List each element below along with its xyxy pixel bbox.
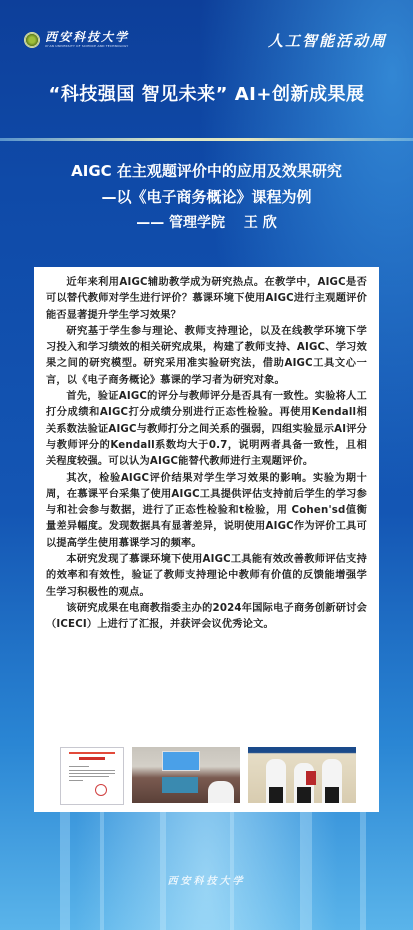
paragraph-intro: 近年来利用AIGC辅助教学成为研究热点。在教学中，AIGC是否可以替代教师对学生…: [46, 275, 367, 324]
seal-icon: [95, 784, 107, 796]
photo-strip: [50, 747, 368, 807]
award-folder: [306, 771, 316, 785]
meeting-photo: [132, 747, 240, 803]
school-logo: 西安科技大学 XI'AN UNIVERSITY OF SCIENCE AND T…: [24, 31, 129, 48]
paragraph-consistency: 首先，验证AIGC的评分与教师评分是否具有一致性。实验将人工打分成绩和AIGC打…: [46, 389, 367, 470]
poster-subtitle: —以《电子商务概论》课程为例: [0, 186, 413, 207]
poster-title: AIGC 在主观题评价中的应用及效果研究: [0, 160, 413, 181]
award-photo: [248, 747, 356, 803]
poster-author: —— 管理学院 王 欣: [0, 212, 413, 232]
paragraph-method: 研究基于学生参与理论、教师支持理论，以及在线教学环境下学习投入和学习绩效的相关研…: [46, 324, 367, 389]
content-panel: 近年来利用AIGC辅助教学成为研究热点。在教学中，AIGC是否可以替代教师对学生…: [34, 267, 379, 812]
school-emblem-icon: [24, 32, 40, 48]
paragraph-effect: 其次，检验AIGC评价结果对学生学习效果的影响。实验为期十周，在慕课平台采集了使…: [46, 471, 367, 552]
exhibition-title: “科技强国 智见未来” AI+创新成果展: [0, 80, 413, 106]
paragraph-award: 该研究成果在电商教指委主办的2024年国际电子商务创新研讨会（ICECI）上进行…: [46, 601, 367, 634]
event-week-title: 人工智能活动周: [268, 30, 387, 51]
paragraph-findings: 本研究发现了慕课环境下使用AIGC工具能有效改善教师评估支持的效率和有效性，验证…: [46, 552, 367, 601]
background-circuit-pattern: [0, 812, 413, 930]
school-name-en: XI'AN UNIVERSITY OF SCIENCE AND TECHNOLO…: [45, 44, 129, 48]
header: 西安科技大学 XI'AN UNIVERSITY OF SCIENCE AND T…: [0, 0, 413, 90]
certificate-photo: [60, 747, 124, 805]
school-name-cn: 西安科技大学: [45, 31, 129, 44]
footer-school-name: 西安科技大学: [0, 872, 413, 887]
header-divider: [0, 138, 413, 141]
